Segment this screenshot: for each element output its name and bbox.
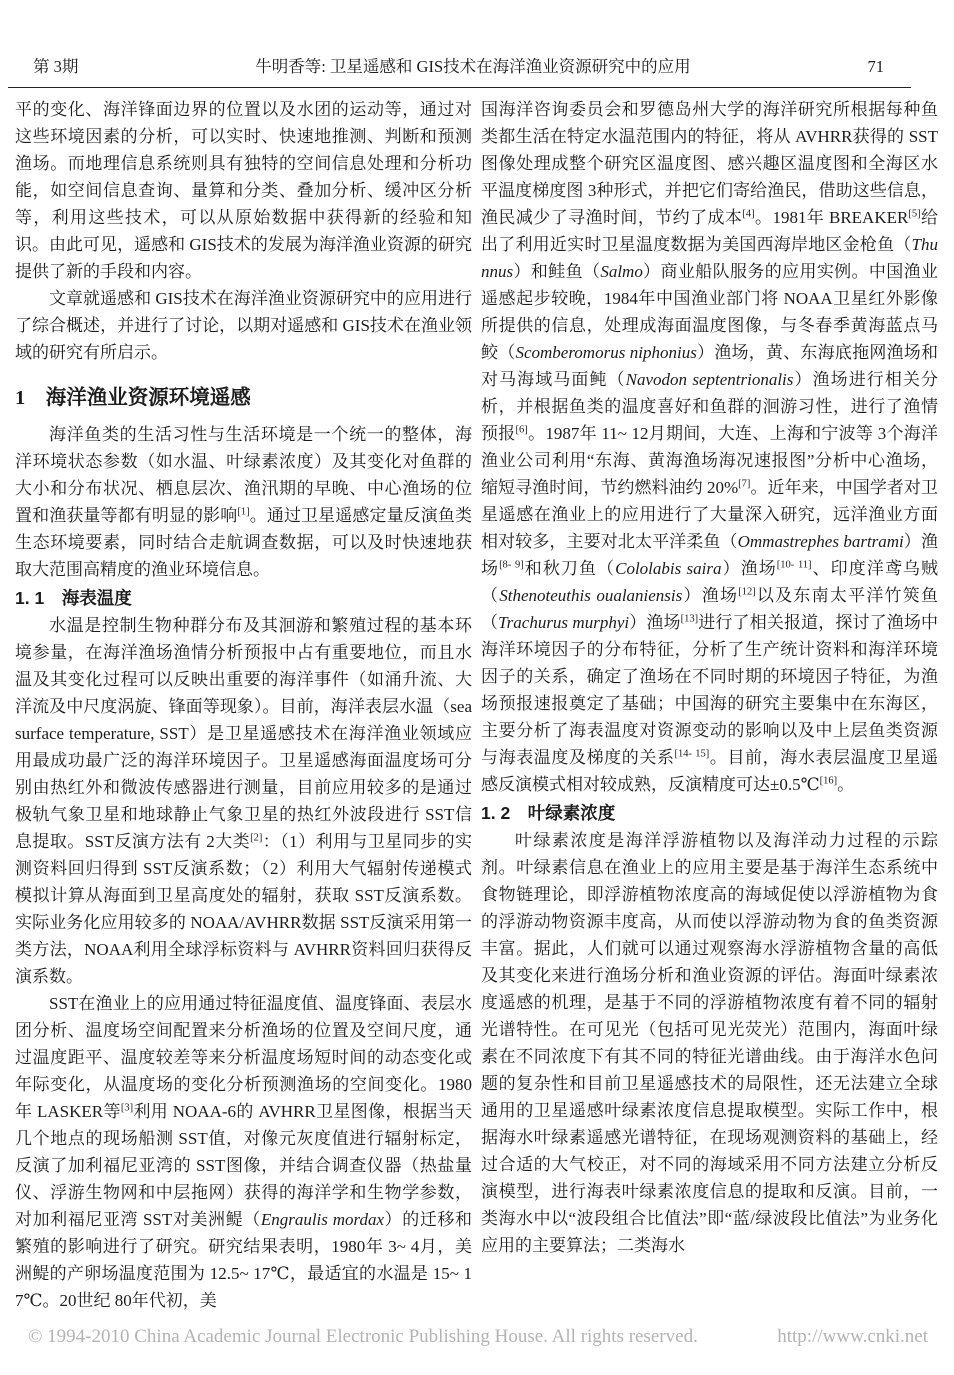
paragraph: 平的变化、海洋锋面边界的位置以及水团的运动等，通过对这些环境因素的分析，可以实时… [15, 96, 472, 285]
section-heading: 1 海洋渔业资源环境遥感 [15, 380, 472, 410]
paragraph: 国海洋咨询委员会和罗德岛州大学的海洋研究所根据每种鱼类都生活在特定水温范围内的特… [481, 96, 938, 798]
reference-marker: [12] [738, 586, 756, 597]
paragraph: SST在渔业上的应用通过特征温度值、温度锋面、表层水团分析、温度场空间配置来分析… [15, 990, 472, 1314]
cnki-watermark: © 1994-2010 China Academic Journal Elect… [28, 1326, 928, 1348]
species-name: Salmo [600, 262, 643, 281]
watermark-copyright: © 1994-2010 China Academic Journal Elect… [28, 1326, 698, 1348]
text-run: 和秋刀鱼（ [524, 559, 615, 578]
reference-marker: [8- 9] [499, 559, 524, 570]
species-name: Cololabis saira [615, 559, 721, 578]
subsection-heading: 1. 2 叶绿素浓度 [481, 800, 938, 825]
page-header: 第 3期 牛明香等: 卫星遥感和 GIS技术在海洋渔业资源研究中的应用 71 [8, 53, 892, 77]
article-body: 平的变化、海洋锋面边界的位置以及水团的运动等，通过对这些环境因素的分析，可以实时… [15, 96, 939, 1314]
text-run: 水温是控制生物种群分布及其洄游和繁殖过程的基本环境参量，在海洋渔场渔情分析预报中… [15, 616, 472, 851]
text-run: 。1981年 BREAKER [755, 208, 909, 227]
reference-marker: [13] [681, 613, 699, 624]
reference-marker: [14- 15] [675, 748, 710, 759]
right-column: 国海洋咨询委员会和罗德岛州大学的海洋研究所根据每种鱼类都生活在特定水温范围内的特… [481, 96, 938, 1314]
reference-marker: [6] [516, 424, 528, 435]
text-run: ）渔场 [629, 613, 681, 632]
left-column: 平的变化、海洋锋面边界的位置以及水团的运动等，通过对这些环境因素的分析，可以实时… [15, 96, 472, 1314]
paragraph: 文章就遥感和 GIS技术在海洋渔业资源研究中的应用进行了综合概述，并进行了讨论，… [15, 285, 472, 366]
text-run: ：（1）利用与卫星同步的实测资料回归得到 SST反演系数；（2）利用大气辐射传递… [15, 832, 472, 986]
page-number: 71 [868, 57, 893, 77]
text-run: 平的变化、海洋锋面边界的位置以及水团的运动等，通过对这些环境因素的分析，可以实时… [15, 100, 472, 281]
reference-marker: [1] [237, 506, 249, 517]
paragraph: 水温是控制生物种群分布及其洄游和繁殖过程的基本环境参量，在海洋渔场渔情分析预报中… [15, 612, 472, 990]
species-name: Engraulis mordax [261, 1210, 384, 1229]
species-name: Sthenoteuthis oualaniensis [499, 586, 682, 605]
text-run: 进行了相关报道，探讨了渔场中海洋环境因子的分布特征，分析了生产统计资料和海洋环境… [481, 613, 938, 767]
species-name: Scomberomorus niphonius [515, 343, 696, 362]
reference-marker: [10- 11] [777, 559, 812, 570]
reference-marker: [7] [738, 478, 750, 489]
text-run: ）渔场 [722, 559, 777, 578]
issue-label: 第 3期 [8, 53, 78, 77]
text-run: ）渔场 [682, 586, 738, 605]
paragraph: 叶绿素浓度是海洋浮游植物以及海洋动力过程的示踪剂。叶绿素信息在渔业上的应用主要是… [481, 827, 938, 1259]
reference-marker: [2] [250, 832, 262, 843]
text-run: 文章就遥感和 GIS技术在海洋渔业资源研究中的应用进行了综合概述，并进行了讨论，… [15, 289, 472, 362]
paragraph: 海洋鱼类的生活习性与生活环境是一个统一的整体，海洋环境状态参数（如水温、叶绿素浓… [15, 421, 472, 583]
reference-marker: [3] [121, 1102, 133, 1113]
species-name: Trachurus murphyi [498, 613, 629, 632]
reference-marker: [4] [742, 208, 754, 219]
subsection-heading: 1. 1 海表温度 [15, 585, 472, 610]
text-run: ）和鲑鱼（ [513, 262, 600, 281]
species-name: Ommastrephes bartrami [738, 532, 904, 551]
running-title: 牛明香等: 卫星遥感和 GIS技术在海洋渔业资源研究中的应用 [78, 53, 867, 77]
header-divider [8, 87, 911, 88]
text-run: 叶绿素浓度是海洋浮游植物以及海洋动力过程的示踪剂。叶绿素信息在渔业上的应用主要是… [481, 831, 938, 1255]
reference-marker: [5] [908, 208, 920, 219]
reference-marker: [16] [820, 775, 838, 786]
text-run: 。 [837, 775, 854, 794]
species-name: Navodon septentrionalis [626, 370, 794, 389]
watermark-url: http://www.cnki.net [777, 1326, 928, 1348]
